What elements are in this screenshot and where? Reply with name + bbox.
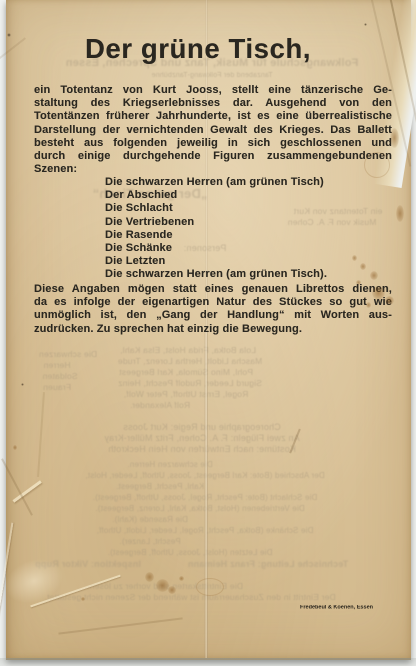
intro-line: Szenen:: [34, 163, 392, 176]
intro-line: besteht aus folgenden jeweilig in sich g…: [34, 137, 392, 150]
scene-list: Die schwarzen Herren (am grünen Tisch)De…: [105, 176, 327, 282]
scan-background: Folkwangschule für Musik, Tanz und Sprec…: [0, 0, 416, 666]
scene-list-item: Die Vertriebenen: [105, 216, 327, 229]
intro-line: durch einige durchgehende Figuren zusamm…: [34, 150, 392, 163]
closing-paragraph: Diese Angaben mögen statt eines genauen …: [34, 283, 392, 336]
intro-paragraph: ein Totentanz von Kurt Jooss, stellt ein…: [34, 84, 392, 176]
scene-list-item: Die schwarzen Herren (am grünen Tisch): [105, 176, 327, 189]
intro-line: staltung des Kriegserlebnisses dar. Ausg…: [34, 97, 392, 110]
closing-line: unmöglich ist, den „Gang der Handlung“ m…: [34, 309, 392, 322]
intro-line: Darstellung der vernichtenden Gewalt des…: [34, 124, 392, 137]
page-title: Der grüne Tisch,: [6, 33, 390, 65]
document-page: Folkwangschule für Musik, Tanz und Sprec…: [6, 0, 411, 660]
scene-list-item: Die Schänke: [105, 242, 327, 255]
scene-list-item: Die Letzten: [105, 255, 327, 268]
scene-list-item: Die Rasende: [105, 229, 327, 242]
intro-line: Totentänzen früherer Jahrhunderte, ist e…: [34, 110, 392, 123]
scene-list-item: Die Schlacht: [105, 202, 327, 215]
printer-imprint: Fredebeul & Koenen, Essen: [300, 605, 373, 611]
printed-content: Der grüne Tisch, ein Totentanz von Kurt …: [6, 0, 411, 658]
scene-list-item: Der Abschied: [105, 189, 327, 202]
closing-line: zudrücken. Zu sprechen hat einzig die Be…: [34, 323, 392, 336]
closing-line: da es infolge der eigenartigen Natur des…: [34, 296, 392, 309]
closing-line: Diese Angaben mögen statt eines genauen …: [34, 283, 392, 296]
scene-list-item: Die schwarzen Herren (am grünen Tisch).: [105, 268, 327, 281]
intro-line: ein Totentanz von Kurt Jooss, stellt ein…: [34, 84, 392, 97]
